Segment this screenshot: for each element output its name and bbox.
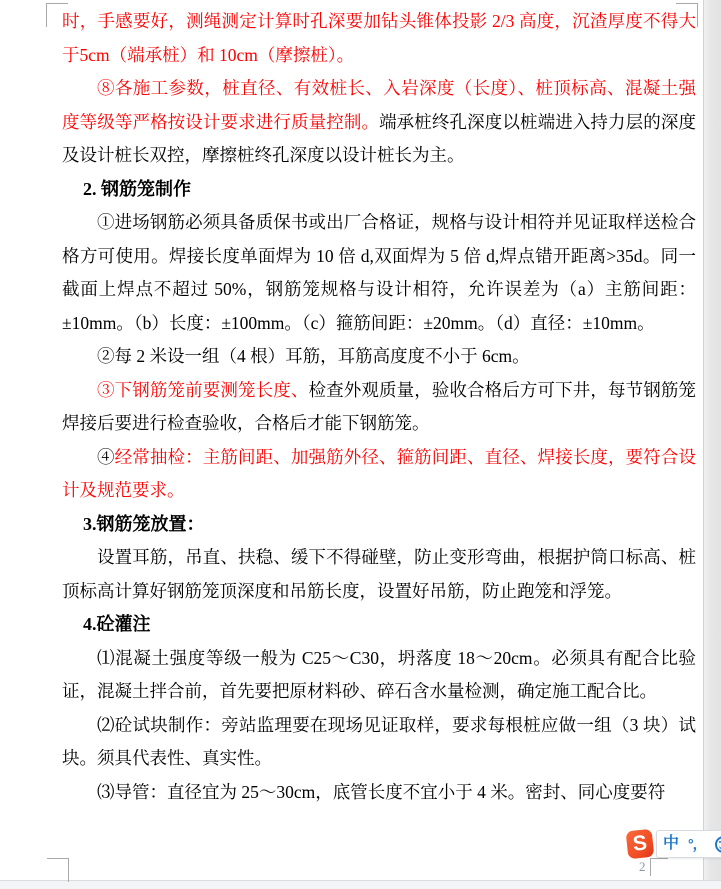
paragraph: 时，手感要好，测绳测定计算时孔深要加钻头锥体投影 2/3 高度，沉渣厚度不得大于… [62,5,696,72]
paragraph: ②每 2 米设一组（4 根）耳筋，耳筋高度度不小于 6cm。 [62,340,696,374]
section-heading: 3.钢筋笼放置： [62,508,696,542]
ime-toolbar[interactable]: S 中 °， [627,829,721,859]
text-segment: ⑴混凝土强度等级一般为 C25～C30，坍落度 18～20cm。必须具有配合比验… [62,648,696,702]
text-segment: ①进场钢筋必须具备质保书或出厂合格证，规格与设计相符并见证取样送检合格方可使用。… [62,212,696,333]
text-segment: ⑵砼试块制作：旁站监理要在现场见证取样，要求每根桩应做一组（3 块）试块。须具代… [62,715,696,769]
section-heading: 4.砼灌注 [62,608,696,642]
section-heading: 2. 钢筋笼制作 [62,173,696,207]
paragraph: ⑵砼试块制作：旁站监理要在现场见证取样，要求每根桩应做一组（3 块）试块。须具代… [62,709,696,776]
text-segment: 3.钢筋笼放置： [83,514,205,534]
ime-panel: 中 °， [656,830,721,858]
text-boundary-mark-bottom-right [650,858,668,876]
paragraph: ⑴混凝土强度等级一般为 C25～C30，坍落度 18～20cm。必须具有配合比验… [62,642,696,709]
ime-language-mode-button[interactable]: 中 [663,831,679,857]
document-text: 时，手感要好，测绳测定计算时孔深要加钻头锥体投影 2/3 高度，沉渣厚度不得大于… [62,0,696,809]
text-boundary-mark-bottom-left [47,858,69,882]
paragraph: ⑧各施工参数，桩直径、有效桩长、入岩深度（长度）、桩顶标高、混凝土强度等级等严格… [62,72,696,173]
text-segment: 2. 钢筋笼制作 [83,179,191,199]
paragraph: ③下钢筋笼前要测笼长度、检查外观质量，验收合格后方可下井，每节钢筋笼焊接后要进行… [62,374,696,441]
page-number: 2 [639,859,646,875]
text-segment: ②每 2 米设一组（4 根）耳筋，耳筋高度度不小于 6cm。 [97,346,530,366]
ime-punctuation-button[interactable]: °， [688,831,706,857]
text-segment: ④ [97,447,115,467]
page-bottom-gutter [0,880,721,889]
paragraph: ①进场钢筋必须具备质保书或出厂合格证，规格与设计相符并见证取样送检合格方可使用。… [62,206,696,340]
word-document-page: 时，手感要好，测绳测定计算时孔深要加钻头锥体投影 2/3 高度，沉渣厚度不得大于… [0,0,721,889]
paragraph: ⑶导管：直径宜为 25～30cm，底管长度不宜小于 4 米。密封、同心度要符 [62,776,696,810]
text-segment: ③下钢筋笼前要测笼长度、 [97,380,308,400]
paragraph: 设置耳筋，吊直、扶稳、缓下不得碰壁，防止变形弯曲，根据护筒口标高、桩顶标高计算好… [62,541,696,608]
text-segment: ⑶导管：直径宜为 25～30cm，底管长度不宜小于 4 米。密封、同心度要符 [97,782,665,802]
text-segment: 时，手感要好，测绳测定计算时孔深要加钻头锥体投影 2/3 高度，沉渣厚度不得大于… [62,11,696,65]
text-segment: 4.砼灌注 [83,614,151,634]
text-segment: 经常抽检：主筋间距、加强筋外径、箍筋间距、直径、焊接长度，要符合设计及规范要求。 [62,447,696,501]
emoji-smiley-icon[interactable] [715,836,721,853]
page-right-gutter [703,0,721,880]
sogou-logo-icon[interactable]: S [626,829,655,860]
paragraph: ④经常抽检：主筋间距、加强筋外径、箍筋间距、直径、焊接长度，要符合设计及规范要求… [62,441,696,508]
text-segment: 设置耳筋，吊直、扶稳、缓下不得碰壁，防止变形弯曲，根据护筒口标高、桩顶标高计算好… [62,547,696,601]
